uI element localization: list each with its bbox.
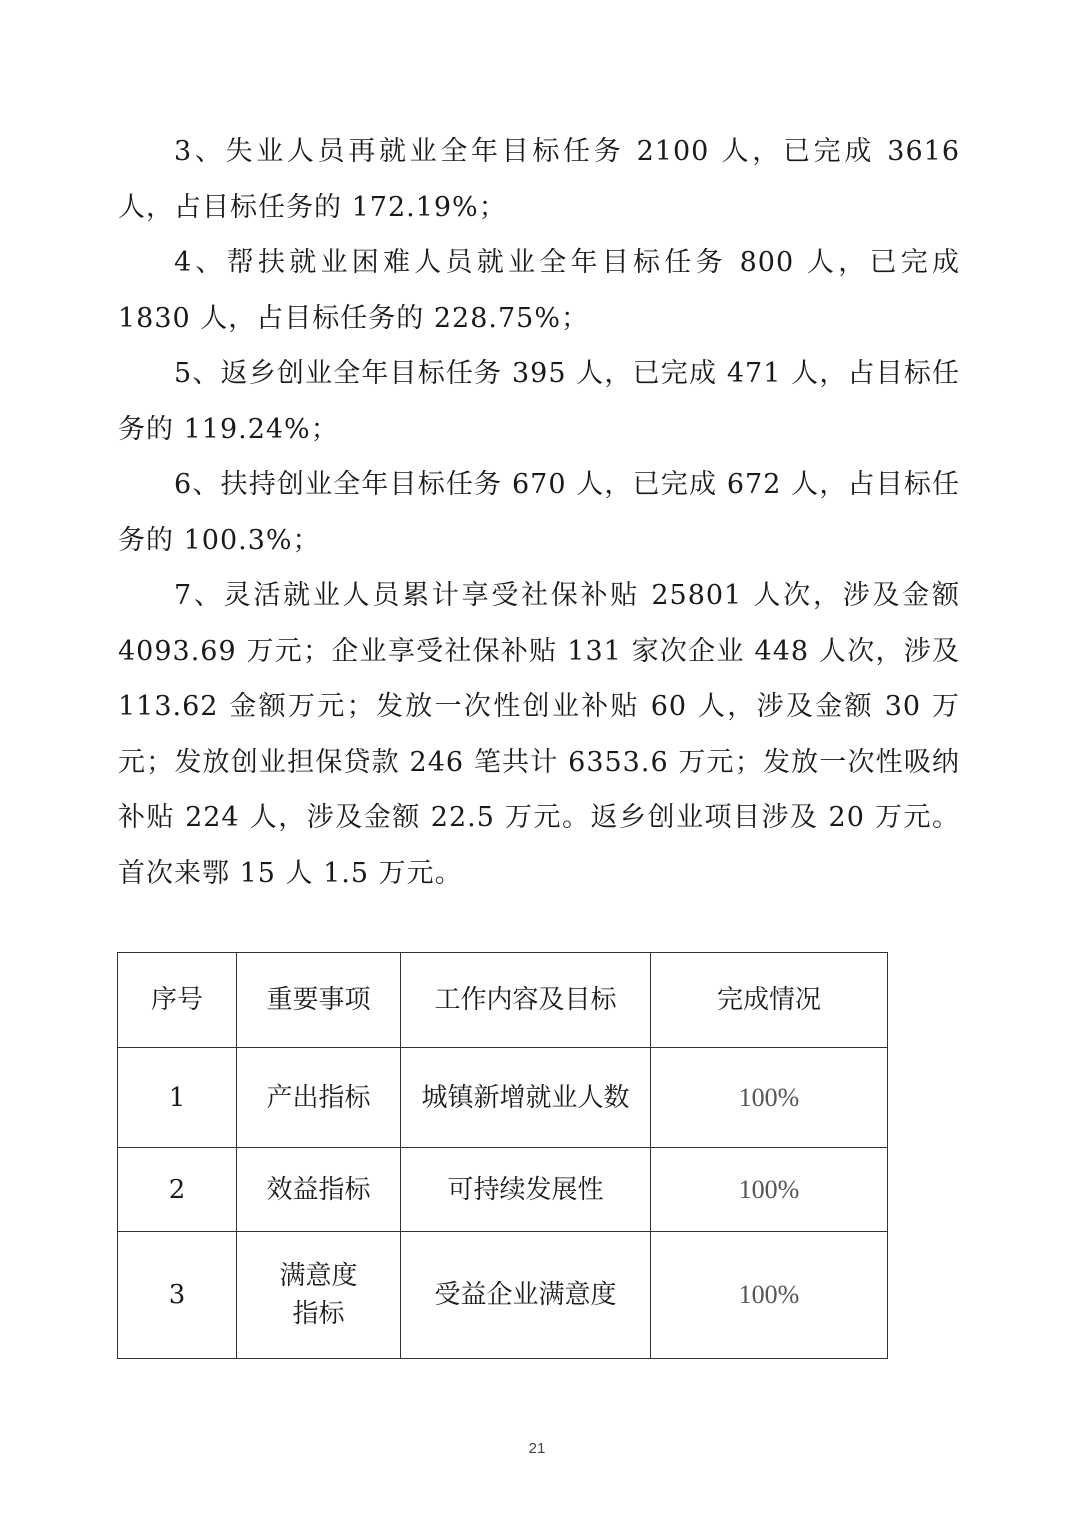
row-index: 2 — [118, 1148, 237, 1232]
table-row: 3 满意度指标 受益企业满意度 100% — [118, 1232, 888, 1359]
performance-table: 序号 重要事项 工作内容及目标 完成情况 1 产出指标 城镇新增就业人数 100… — [117, 952, 888, 1359]
row-status: 100% — [651, 1048, 888, 1148]
row-status: 100% — [651, 1232, 888, 1359]
row-item: 产出指标 — [237, 1048, 401, 1148]
paragraph-item-4: 4、帮扶就业困难人员就业全年目标任务 800 人，已完成 1830 人，占目标任… — [118, 235, 960, 346]
row-item: 效益指标 — [237, 1148, 401, 1232]
row-content-text: 城镇新增就业人数 — [418, 1079, 634, 1117]
header-item: 重要事项 — [237, 953, 401, 1048]
row-content: 城镇新增就业人数 — [401, 1048, 651, 1148]
row-index: 3 — [118, 1232, 237, 1359]
table-header-row: 序号 重要事项 工作内容及目标 完成情况 — [118, 953, 888, 1048]
table-row: 2 效益指标 可持续发展性 100% — [118, 1148, 888, 1232]
paragraph-item-5: 5、返乡创业全年目标任务 395 人，已完成 471 人，占目标任务的 119.… — [118, 346, 960, 457]
row-content: 可持续发展性 — [401, 1148, 651, 1232]
row-content: 受益企业满意度 — [401, 1232, 651, 1359]
paragraph-item-7: 7、灵活就业人员累计享受社保补贴 25801 人次，涉及金额 4093.69 万… — [118, 568, 960, 901]
row-status: 100% — [651, 1148, 888, 1232]
page-number: 21 — [0, 1440, 1074, 1457]
row-item: 满意度指标 — [237, 1232, 401, 1359]
paragraph-item-3: 3、失业人员再就业全年目标任务 2100 人，已完成 3616 人，占目标任务的… — [118, 124, 960, 235]
row-item-text: 满意度指标 — [274, 1257, 364, 1333]
header-status: 完成情况 — [651, 953, 888, 1048]
table-row: 1 产出指标 城镇新增就业人数 100% — [118, 1048, 888, 1148]
header-content: 工作内容及目标 — [401, 953, 651, 1048]
row-index: 1 — [118, 1048, 237, 1148]
header-index: 序号 — [118, 953, 237, 1048]
paragraph-item-6: 6、扶持创业全年目标任务 670 人，已完成 672 人，占目标任务的 100.… — [118, 457, 960, 568]
